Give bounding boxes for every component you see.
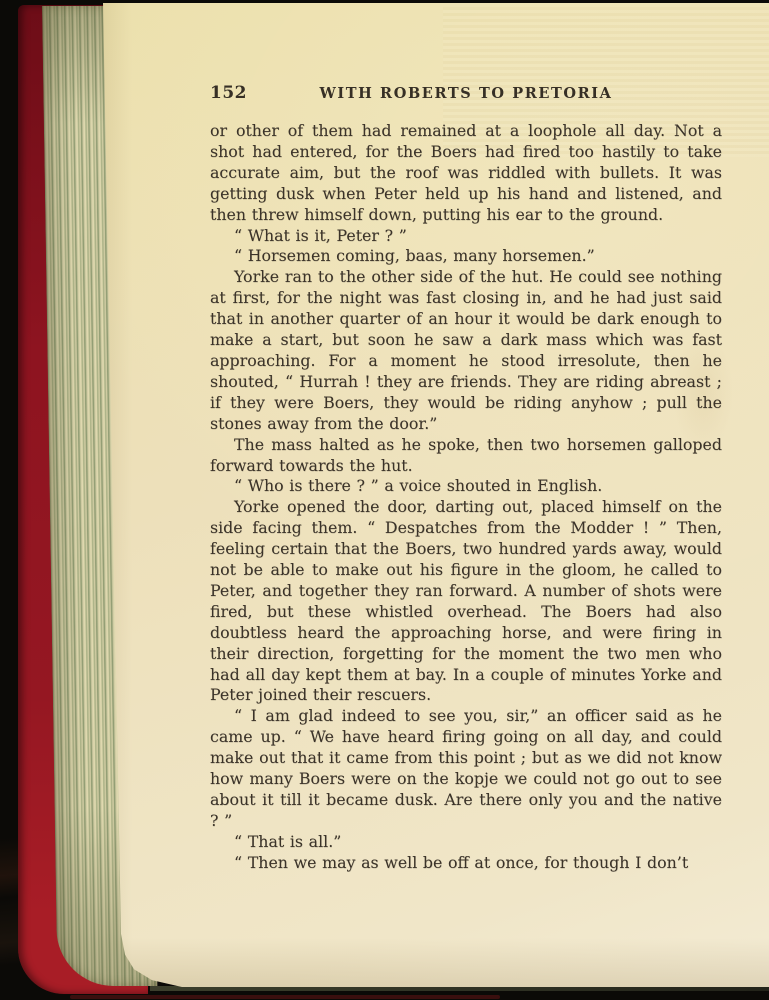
paragraph: Yorke ran to the other side of the hut. … [210, 267, 722, 434]
paragraph: “ What is it, Peter ? ” [210, 226, 722, 247]
paragraph: The mass halted as he spoke, then two ho… [210, 435, 722, 477]
paragraph: “ Then we may as well be off at once, fo… [210, 853, 722, 874]
cover-bottom-line [70, 995, 500, 999]
page-content: 152 WITH ROBERTS TO PRETORIA or other of… [210, 3, 722, 987]
book-page: 152 WITH ROBERTS TO PRETORIA or other of… [80, 3, 769, 987]
page-text: or other of them had remained at a looph… [210, 121, 722, 874]
paragraph: Yorke opened the door, darting out, plac… [210, 497, 722, 706]
paragraph: or other of them had remained at a looph… [210, 121, 722, 226]
running-title: WITH ROBERTS TO PRETORIA [240, 85, 692, 102]
paragraph: “ Who is there ? ” a voice shouted in En… [210, 476, 722, 497]
page-header: 152 WITH ROBERTS TO PRETORIA [210, 83, 722, 105]
book-photo: 152 WITH ROBERTS TO PRETORIA or other of… [0, 0, 769, 1000]
paragraph: “ That is all.” [210, 832, 722, 853]
paragraph: “ Horsemen coming, baas, many horsemen.” [210, 246, 722, 267]
paragraph: “ I am glad indeed to see you, sir,” an … [210, 706, 722, 831]
